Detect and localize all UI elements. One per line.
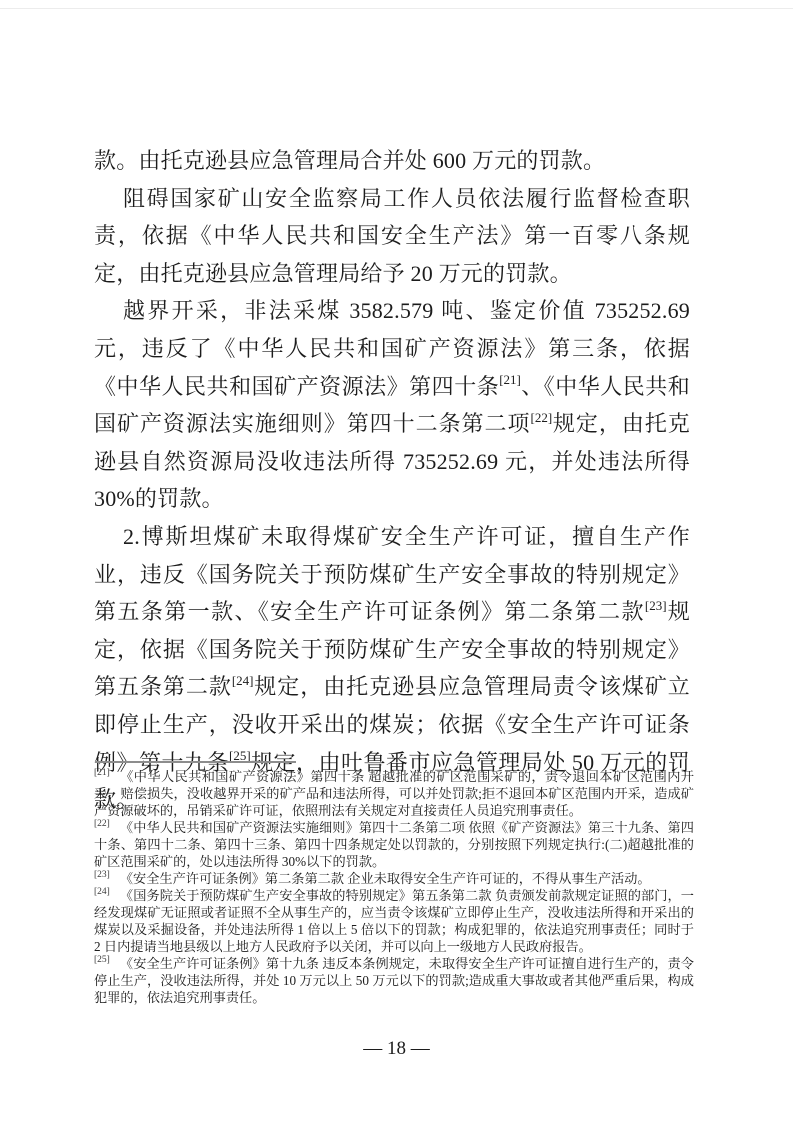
paragraph-2-text: 阻碍国家矿山安全监察局工作人员依法履行监督检查职责，依据《中华人民共和国安全生产…	[94, 186, 690, 286]
footnote-21-marker: [21]	[94, 768, 120, 778]
footnote-24: [24]《国务院关于预防煤矿生产安全事故的特别规定》第五条第二款 负责颁发前款规…	[94, 887, 694, 955]
page-number: — 18 —	[0, 1037, 793, 1061]
footnote-ref-21: [21]	[499, 372, 521, 387]
footnote-24-marker: [24]	[94, 887, 120, 897]
paragraph-4-text: 2.博斯坦煤矿未取得煤矿安全生产许可证，擅自生产作业，违反《国务院关于预防煤矿生…	[94, 524, 690, 624]
footnote-25-marker: [25]	[94, 955, 120, 965]
paragraph-3: 越界开采，非法采煤 3582.579 吨、鉴定价值 735252.69 元，违反…	[94, 292, 690, 518]
footnote-21-text: 《中华人民共和国矿产资源法》第四十条 超越批准的矿区范围采矿的，责令退回本矿区范…	[94, 769, 694, 818]
document-page: 款。由托克逊县应急管理局合并处 600 万元的罚款。 阻碍国家矿山安全监察局工作…	[0, 0, 793, 1122]
footnote-25-text: 《安全生产许可证条例》第十九条 违反本条例规定，未取得安全生产许可证擅自进行生产…	[94, 956, 694, 1005]
footnote-24-text: 《国务院关于预防煤矿生产安全事故的特别规定》第五条第二款 负责颁发前款规定证照的…	[94, 888, 694, 954]
footnotes-section: [21]《中华人民共和国矿产资源法》第四十条 超越批准的矿区范围采矿的，责令退回…	[94, 768, 694, 1006]
footnote-23: [23]《安全生产许可证条例》第二条第二款 企业未取得安全生产许可证的，不得从事…	[94, 870, 694, 887]
scan-edge-line	[0, 8, 793, 9]
footnote-22: [22]《中华人民共和国矿产资源法实施细则》第四十二条第二项 依照《矿产资源法》…	[94, 819, 694, 870]
paragraph-2: 阻碍国家矿山安全监察局工作人员依法履行监督检查职责，依据《中华人民共和国安全生产…	[94, 180, 690, 293]
footnote-ref-24: [24]	[232, 673, 254, 688]
paragraph-1-text: 款。由托克逊县应急管理局合并处 600 万元的罚款。	[94, 148, 605, 173]
body-text: 款。由托克逊县应急管理局合并处 600 万元的罚款。 阻碍国家矿山安全监察局工作…	[94, 142, 690, 819]
footnote-23-marker: [23]	[94, 870, 120, 880]
paragraph-1: 款。由托克逊县应急管理局合并处 600 万元的罚款。	[94, 142, 690, 180]
footnote-ref-23: [23]	[645, 598, 667, 613]
footnote-21: [21]《中华人民共和国矿产资源法》第四十条 超越批准的矿区范围采矿的，责令退回…	[94, 768, 694, 819]
footnote-22-text: 《中华人民共和国矿产资源法实施细则》第四十二条第二项 依照《矿产资源法》第三十九…	[94, 820, 694, 869]
footnote-ref-22: [22]	[530, 410, 552, 425]
footnote-separator-line	[95, 761, 296, 763]
footnote-23-text: 《安全生产许可证条例》第二条第二款 企业未取得安全生产许可证的，不得从事生产活动…	[120, 871, 651, 886]
footnote-22-marker: [22]	[94, 819, 120, 829]
footnote-25: [25]《安全生产许可证条例》第十九条 违反本条例规定，未取得安全生产许可证擅自…	[94, 955, 694, 1006]
